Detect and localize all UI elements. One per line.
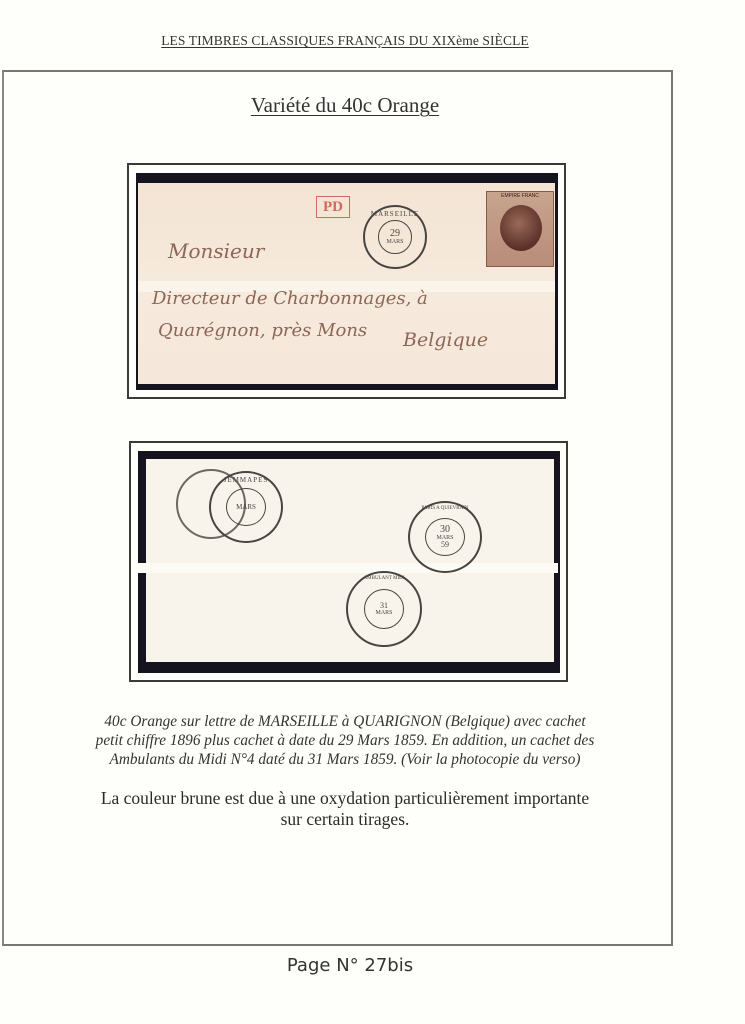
stamp-label: EMPIRE FRANC [489,193,551,199]
note-line: sur certain tirages. [0,809,690,830]
caption-line: petit chiffre 1896 plus cachet à date du… [0,731,690,750]
address-line-2: Directeur de Charbonnages, à [152,288,428,309]
page-number: Page N° 27bis [0,955,700,976]
cachet-month: MARS [375,610,392,616]
cachet-inner: MARS [226,488,265,526]
cachet-month: MARS [386,239,403,245]
cachet-day: 29 [390,229,400,239]
cachet-inner: 30 MARS 59 [425,518,464,556]
running-header-text: LES TIMBRES CLASSIQUES FRANÇAIS DU XIXèm… [161,33,529,48]
address-line-4: Belgique [403,329,488,351]
fold-band [138,563,558,573]
cachet-ring-text: AMBULANT MIDI [348,576,420,581]
cachet-day: 30 [440,525,450,535]
pd-mark: PD [316,196,350,218]
marseille-date-cachet: MARSEILLE 29 MARS [363,205,427,269]
cachet-day: 31 [380,602,388,610]
envelope-back: JEMMAPES MARS PARIS A QUIEVRAIN 30 MARS … [146,459,554,662]
ambulant-midi-cachet: AMBULANT MIDI 31 MARS [346,571,422,647]
cachet-ring-text: JEMMAPES [211,476,281,484]
address-line-1: Monsieur [168,239,264,263]
cover-front-photo: PD MARSEILLE 29 MARS EMPIRE FRANC Monsie… [127,163,566,399]
oxidation-note: La couleur brune est due à une oxydation… [0,788,690,830]
envelope-front: PD MARSEILLE 29 MARS EMPIRE FRANC Monsie… [138,183,555,384]
address-line-3: Quarégnon, près Mons [158,320,367,341]
caption-line: 40c Orange sur lettre de MARSEILLE à QUA… [0,712,690,731]
cachet-ring-text: MARSEILLE [365,210,425,218]
cachet-inner: 29 MARS [378,220,412,254]
cachet-inner: 31 MARS [364,589,404,629]
cachet-month: MARS [236,504,256,511]
stamp-40c: EMPIRE FRANC [486,191,554,267]
cachet-ring-text: PARIS A QUIEVRAIN [410,506,480,511]
cachet-year: 59 [441,541,449,549]
cover-back-photo: JEMMAPES MARS PARIS A QUIEVRAIN 30 MARS … [129,441,568,682]
stamp-portrait [500,205,542,251]
jemmapes-cachet-2: JEMMAPES MARS [209,471,283,543]
page-title-text: Variété du 40c Orange [251,93,439,117]
note-line: La couleur brune est due à une oxydation… [0,788,690,809]
paris-quievrain-cachet: PARIS A QUIEVRAIN 30 MARS 59 [408,501,482,573]
running-header: LES TIMBRES CLASSIQUES FRANÇAIS DU XIXèm… [0,33,690,49]
description-caption: 40c Orange sur lettre de MARSEILLE à QUA… [0,712,690,769]
page-title: Variété du 40c Orange [0,93,690,118]
caption-line: Ambulants du Midi N°4 daté du 31 Mars 18… [0,750,690,769]
